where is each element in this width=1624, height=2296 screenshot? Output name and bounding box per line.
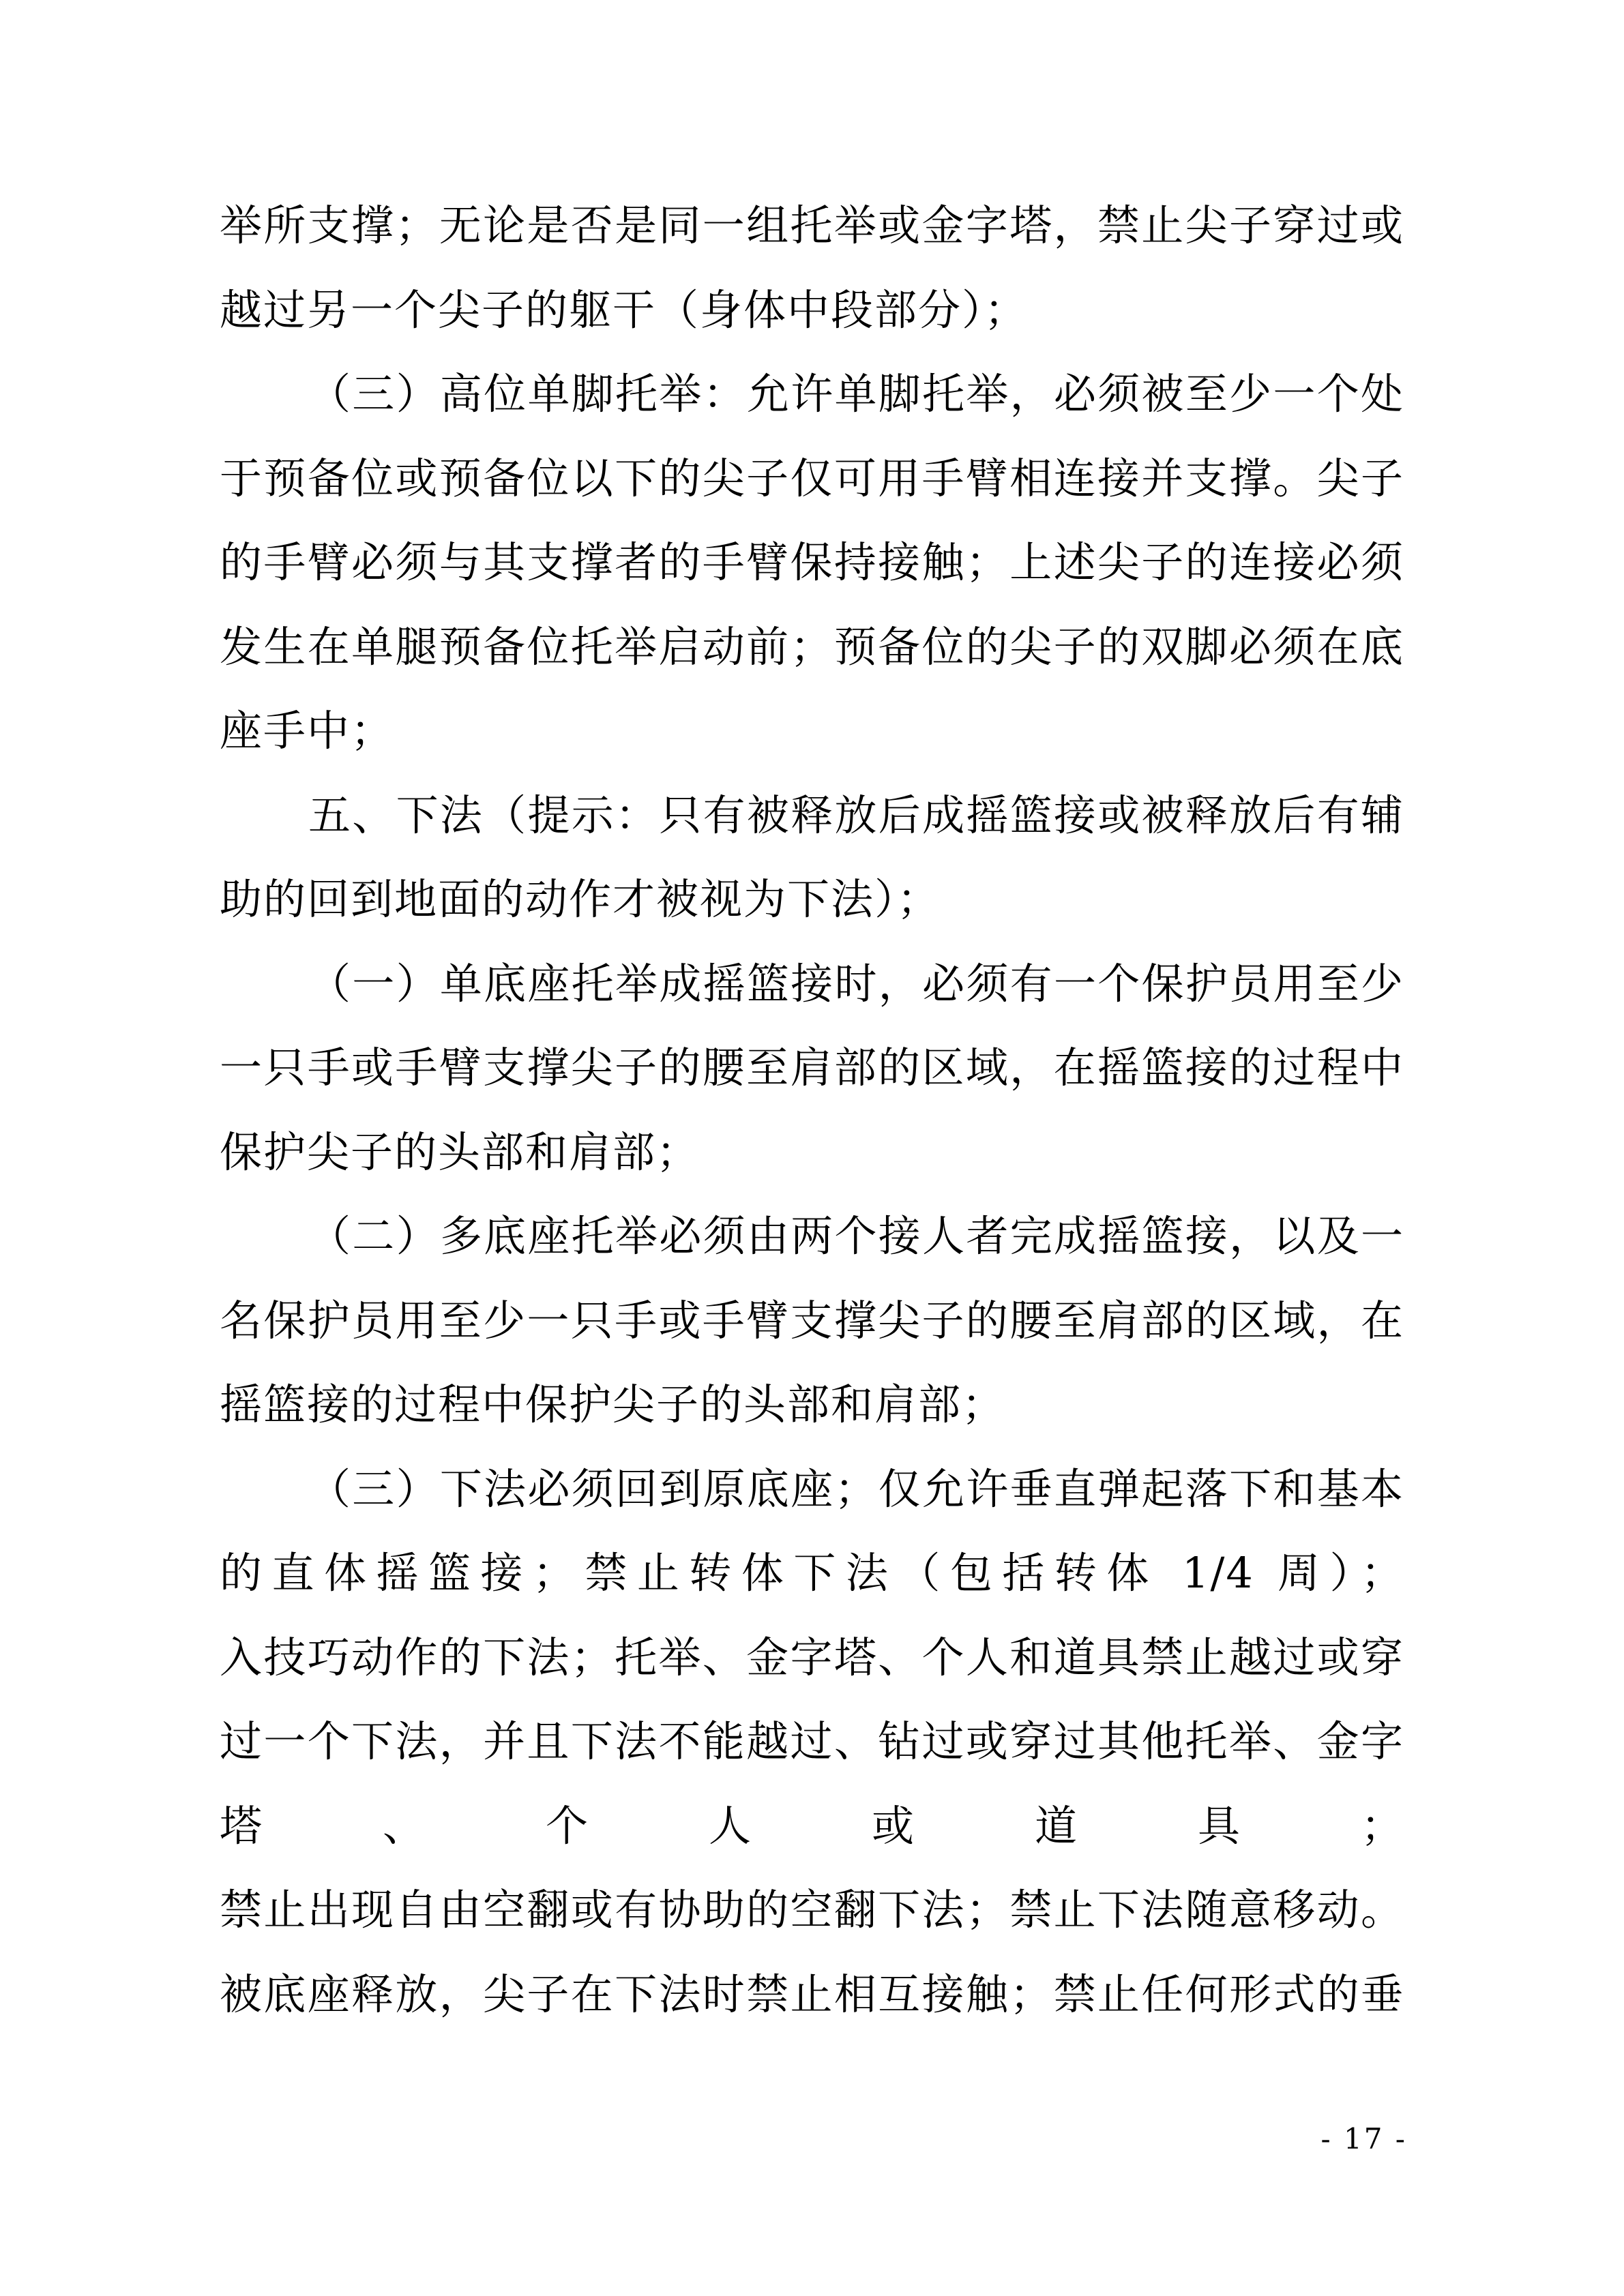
text-line: 助的回到地面的动作才被视为下法）； <box>220 857 1404 942</box>
document-page: 举所支撑；无论是否是同一组托举或金字塔，禁止尖子穿过或 越过另一个尖子的躯干（身… <box>0 0 1624 2296</box>
text-line: （三）高位单脚托举：允许单脚托举，必须被至少一个处 <box>220 352 1404 436</box>
text-line: 摇篮接的过程中保护尖子的头部和肩部； <box>220 1362 1404 1447</box>
text-line: （一）单底座托举成摇篮接时，必须有一个保护员用至少 <box>220 942 1404 1026</box>
text-line: 越过另一个尖子的躯干（身体中段部分）； <box>220 268 1404 353</box>
text-line: 发生在单腿预备位托举启动前；预备位的尖子的双脚必须在底 <box>220 605 1404 689</box>
text-line: 举所支撑；无论是否是同一组托举或金字塔，禁止尖子穿过或 <box>220 183 1404 268</box>
text-line: 名保护员用至少一只手或手臂支撑尖子的腰至肩部的区域，在 <box>220 1279 1404 1363</box>
text-line: 的直体摇篮接；禁止转体下法（包括转体 1/4 周）；禁止出现加 <box>220 1531 1404 1615</box>
body-text: 举所支撑；无论是否是同一组托举或金字塔，禁止尖子穿过或 越过另一个尖子的躯干（身… <box>220 183 1404 2036</box>
text-line: 于预备位或预备位以下的尖子仅可用手臂相连接并支撑。尖子 <box>220 436 1404 521</box>
text-line: （二）多底座托举必须由两个接人者完成摇篮接，以及一 <box>220 1194 1404 1279</box>
text-line: 禁止出现自由空翻或有协助的空翻下法；禁止下法随意移动。 <box>220 1868 1404 1952</box>
text-line: 一只手或手臂支撑尖子的腰至肩部的区域，在摇篮接的过程中 <box>220 1026 1404 1110</box>
text-line: （三）下法必须回到原底座；仅允许垂直弹起落下和基本 <box>220 1447 1404 1532</box>
text-line: 的手臂必须与其支撑者的手臂保持接触；上述尖子的连接必须 <box>220 520 1404 605</box>
text-line: 被底座释放，尖子在下法时禁止相互接触；禁止任何形式的垂 <box>220 1952 1404 2037</box>
page-number: - 17 - <box>1320 2122 1407 2156</box>
text-line: 五、下法（提示：只有被释放后成摇篮接或被释放后有辅 <box>220 773 1404 858</box>
text-line: 塔、个人或道具；允许在金字塔中出现单脚高位托举的摇篮接。 <box>220 1784 1404 1868</box>
text-line: 座手中； <box>220 689 1404 773</box>
text-line: 过一个下法，并且下法不能越过、钻过或穿过其他托举、金字 <box>220 1699 1404 1784</box>
text-line: 入技巧动作的下法；托举、金字塔、个人和道具禁止越过或穿 <box>220 1615 1404 1700</box>
text-line: 保护尖子的头部和肩部； <box>220 1110 1404 1195</box>
